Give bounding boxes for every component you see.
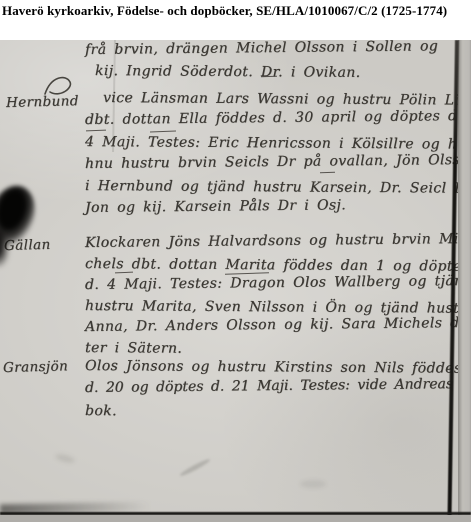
document-scan: frå brvin, drängen Michel Olsson i Solle… [0,40,471,522]
handwriting-line: bok. [85,403,117,419]
handwriting-line: hnu hustru brvin Seicls Dr på ovallan, J… [85,152,471,172]
archive-title: Haverö kyrkoarkiv, Födelse- och dopböcke… [2,3,471,19]
handwriting-line: Olos Jönsons og hustru Kirstins son Nils… [85,358,462,377]
archive-viewer-page: Haverö kyrkoarkiv, Födelse- och dopböcke… [0,0,471,522]
handwriting-line: frå brvin, drängen Michel Olsson i Solle… [85,40,438,58]
handwriting-line: i Hernbund og tjänd hustru Karsein, Dr. … [85,178,471,197]
handwriting-line: chels dbt. dottan Marita föddes dan 1 og… [85,256,469,275]
entry-margin-label: Hernbund [6,93,79,111]
handwriting-line: kij. Ingrid Söderdot. Dr. i Ovikan. [95,63,361,81]
handwriting-line: ter i Sätern. [85,340,182,357]
underline-mark [86,130,106,132]
handwriting-line: d. 4 Maji. Testes: Dragon Olos Wallberg … [85,273,471,293]
adjacent-page-edge [458,40,471,522]
handwriting-line: 4 Maji. Testes: Eric Henricsson i Kölsil… [85,134,471,153]
underline-mark [150,131,176,133]
underline-mark [115,272,133,274]
entry-margin-label: Gransjön [3,358,69,376]
handwriting-line: d. 20 og döptes d. 21 Maji. Testes: vide… [85,375,471,396]
handwriting-line: Klockaren Jöns Halvardsons og hustru brv… [85,231,464,251]
handwriting-line: dbt. dottan Ella föddes d. 30 april og d… [85,108,462,128]
handwriting-line: hustru Marita, Sven Nilsson i Ön og tjän… [85,298,471,317]
paper-smudge [300,480,326,488]
handwriting-line: vice Länsman Lars Wassni og hustru Pölin… [103,90,471,109]
underline-mark [320,172,335,174]
book-bottom-strip [0,515,471,522]
handwriting-line: Jon og kij. Karsein Påls Dr i Osj. [85,197,346,216]
archive-header: Haverö kyrkoarkiv, Födelse- och dopböcke… [0,0,471,40]
paper-smudge [179,457,211,477]
handwriting-line: Anna, Dr. Anders Olsson og kij. Sara Mic… [85,315,471,335]
paper-smudge [54,453,75,465]
